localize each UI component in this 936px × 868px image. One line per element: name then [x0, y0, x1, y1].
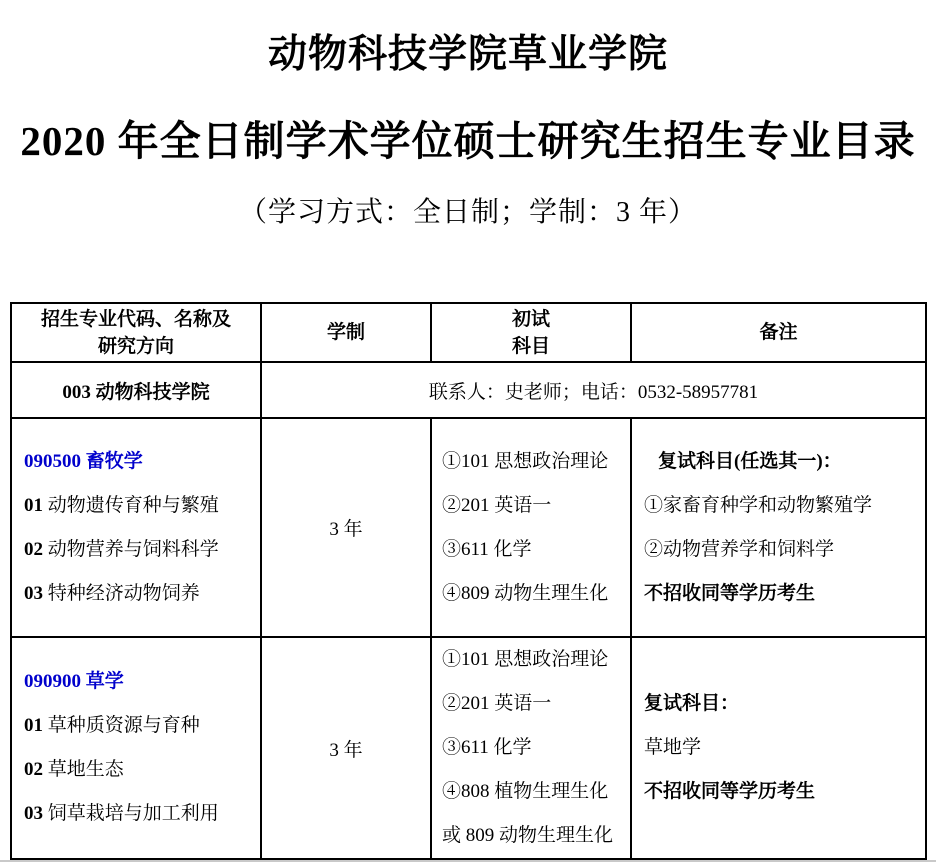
major-row: 090900 草学01 草种质资源与育种02 草地生态03 饲草栽培与加工利用3…	[11, 637, 926, 859]
cell-line: 02 动物营养与饲料科学	[24, 528, 256, 572]
major-code-line: 090500 畜牧学	[24, 440, 256, 484]
cell-line: ③611 化学	[442, 528, 626, 572]
cell-line: ③611 化学	[442, 726, 626, 770]
cell-line: 不招收同等学历考生	[644, 770, 921, 814]
cell-line: ①101 思想政治理论	[442, 638, 626, 682]
direction-number: 02	[24, 539, 43, 560]
cell-line: 03 饲草栽培与加工利用	[24, 792, 256, 836]
department-contact-cell: 联系人：史老师；电话：0532-58957781	[261, 362, 926, 418]
header-line: 科目	[432, 333, 630, 360]
header-line: 招生专业代码、名称及	[12, 306, 260, 333]
header-major-code: 招生专业代码、名称及 研究方向	[11, 303, 261, 362]
cell-line: ④809 动物生理生化	[442, 572, 626, 616]
catalog-title: 2020 年全日制学术学位硕士研究生招生专业目录	[0, 114, 936, 168]
cell-line: 复试科目：	[644, 682, 921, 726]
major-cell: 090500 畜牧学01 动物遗传育种与繁殖02 动物营养与饲料科学03 特种经…	[11, 418, 261, 637]
admissions-table: 招生专业代码、名称及 研究方向 学制 初试 科目 备注 003 动物科技学院 联…	[10, 302, 927, 860]
cell-line: 不招收同等学历考生	[644, 572, 921, 616]
direction-number: 03	[24, 803, 43, 824]
cell-line: 03 特种经济动物饲养	[24, 572, 256, 616]
cell-line: ①家畜育种学和动物繁殖学	[644, 484, 921, 528]
cell-line: 02 草地生态	[24, 748, 256, 792]
department-row: 003 动物科技学院 联系人：史老师；电话：0532-58957781	[11, 362, 926, 418]
page-edge-line	[0, 860, 936, 862]
college-title: 动物科技学院草业学院	[0, 30, 936, 80]
study-mode-subtitle: （学习方式：全日制；学制：3 年）	[0, 196, 936, 230]
duration-cell: 3 年	[261, 637, 431, 859]
table-header-row: 招生专业代码、名称及 研究方向 学制 初试 科目 备注	[11, 303, 926, 362]
header-remarks: 备注	[631, 303, 926, 362]
direction-number: 02	[24, 759, 43, 780]
direction-number: 01	[24, 495, 43, 516]
exam-subjects-cell: ①101 思想政治理论②201 英语一③611 化学④809 动物生理生化	[431, 418, 631, 637]
cell-line: 草地学	[644, 726, 921, 770]
cell-line: ①101 思想政治理论	[442, 440, 626, 484]
header-duration: 学制	[261, 303, 431, 362]
header-line: 备注	[632, 319, 925, 346]
exam-subjects-cell: ①101 思想政治理论②201 英语一③611 化学④808 植物生理生化或 8…	[431, 637, 631, 859]
cell-line: 01 草种质资源与育种	[24, 704, 256, 748]
cell-line: ②201 英语一	[442, 484, 626, 528]
cell-line: ②动物营养学和饲料学	[644, 528, 921, 572]
header-line: 学制	[262, 319, 430, 346]
header-line: 初试	[432, 306, 630, 333]
header-initial-exam: 初试 科目	[431, 303, 631, 362]
direction-number: 03	[24, 583, 43, 604]
remarks-cell: 复试科目：草地学不招收同等学历考生	[631, 637, 926, 859]
direction-number: 01	[24, 715, 43, 736]
duration-cell: 3 年	[261, 418, 431, 637]
remarks-cell: 复试科目(任选其一)：①家畜育种学和动物繁殖学②动物营养学和饲料学不招收同等学历…	[631, 418, 926, 637]
cell-line: 复试科目(任选其一)：	[644, 440, 921, 484]
department-name-cell: 003 动物科技学院	[11, 362, 261, 418]
major-row: 090500 畜牧学01 动物遗传育种与繁殖02 动物营养与饲料科学03 特种经…	[11, 418, 926, 637]
cell-line: ④808 植物生理生化	[442, 770, 626, 814]
cell-line: 或 809 动物生理生化	[442, 814, 626, 858]
cell-line: 01 动物遗传育种与繁殖	[24, 484, 256, 528]
major-code-line: 090900 草学	[24, 660, 256, 704]
major-cell: 090900 草学01 草种质资源与育种02 草地生态03 饲草栽培与加工利用	[11, 637, 261, 859]
cell-line: ②201 英语一	[442, 682, 626, 726]
header-line: 研究方向	[12, 333, 260, 360]
catalog-table-body: 招生专业代码、名称及 研究方向 学制 初试 科目 备注 003 动物科技学院 联…	[11, 303, 926, 859]
